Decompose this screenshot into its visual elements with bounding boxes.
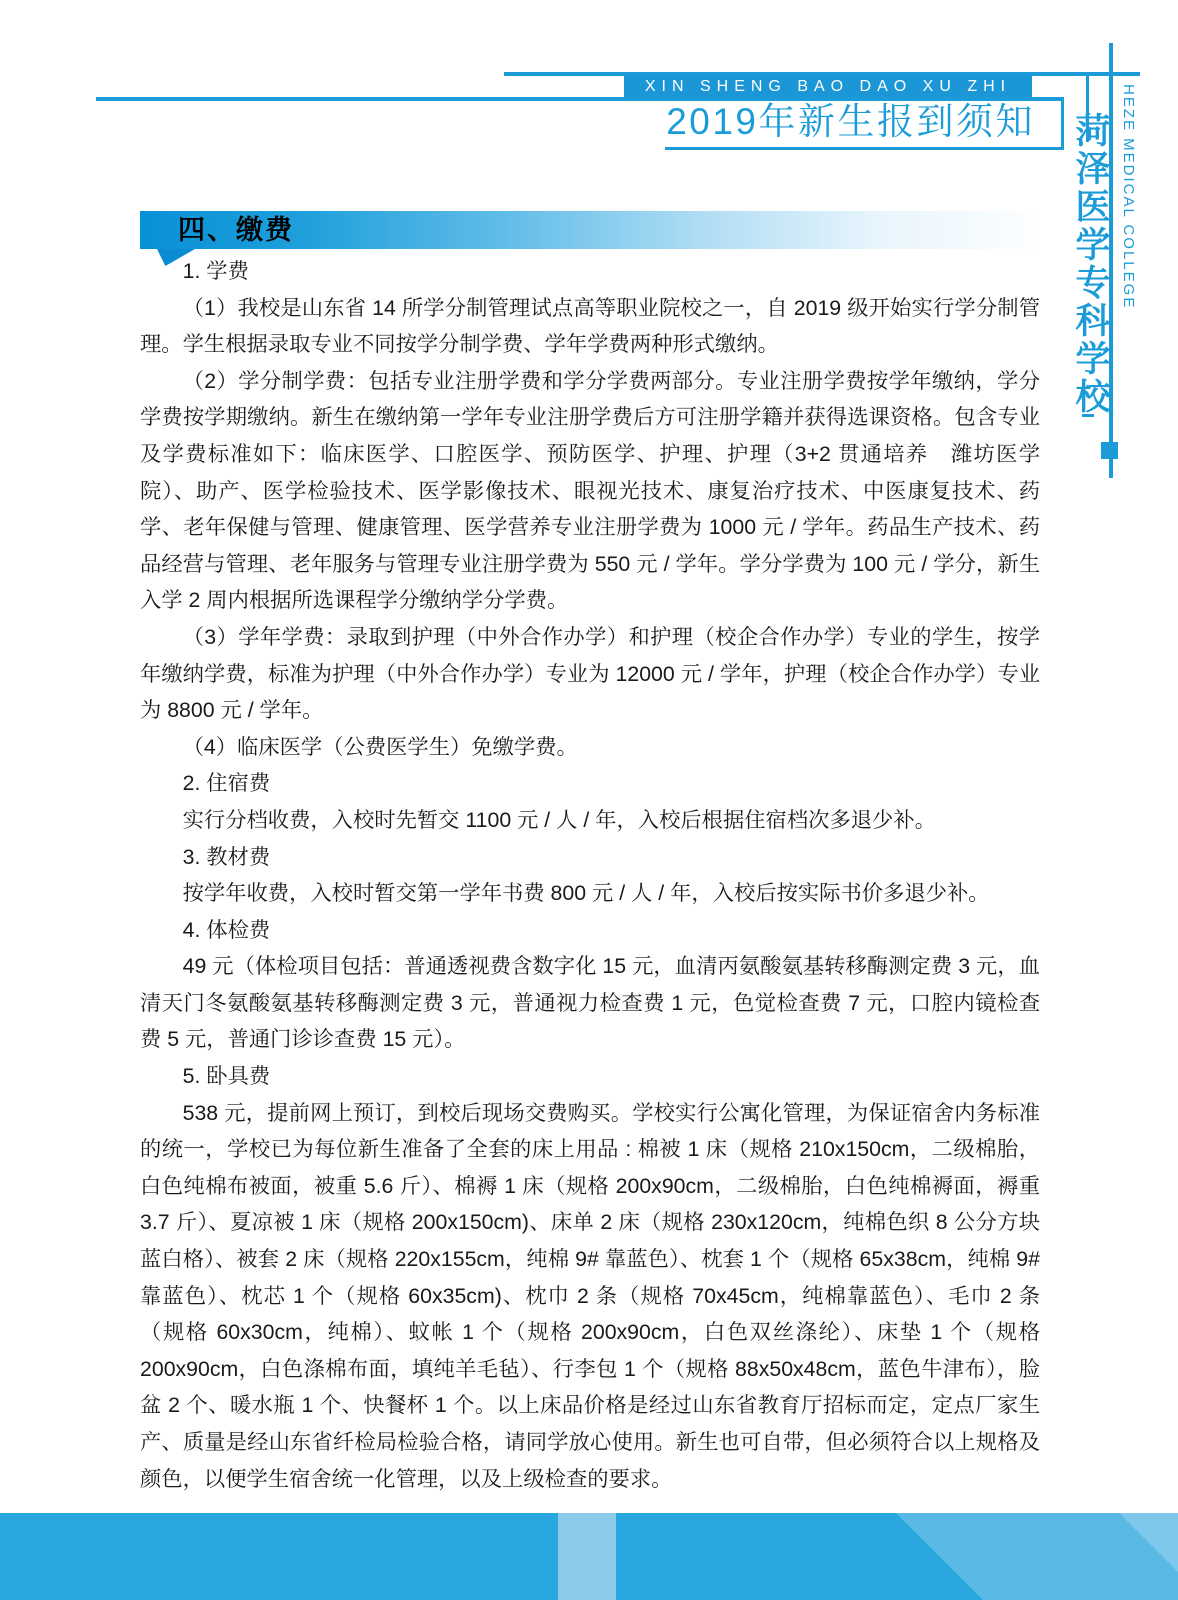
para-tuition-2: （2）学分制学费：包括专业注册学费和学分学费两部分。专业注册学费按学年缴纳，学分… [140, 363, 1040, 619]
para-textbook-heading: 3. 教材费 [140, 839, 1040, 876]
para-tuition-4: （4）临床医学（公费医学生）免缴学费。 [140, 729, 1040, 766]
school-name-cn: 菏泽医学专科学校 [1068, 112, 1112, 432]
sidebar-square [1101, 442, 1118, 459]
para-tuition-heading: 1. 学费 [140, 253, 1040, 290]
header-connector-line [1061, 97, 1064, 150]
page: XIN SHENG BAO DAO XU ZHI 2019年新生报到须知 菏泽医… [0, 0, 1178, 1600]
section-heading-bar: 四、缴费 [140, 211, 1040, 249]
school-name-en: HEZE MEDICAL COLLEGE [1120, 84, 1137, 344]
para-accommodation: 实行分档收费，入校时先暂交 1100 元 / 人 / 年，入校后根据住宿档次多退… [140, 802, 1040, 839]
footer-light-stripe [558, 1513, 616, 1600]
para-accommodation-heading: 2. 住宿费 [140, 765, 1040, 802]
title-underline [665, 147, 1064, 150]
pinyin-banner-text: XIN SHENG BAO DAO XU ZHI [645, 78, 1011, 95]
para-bedding-heading: 5. 卧具费 [140, 1058, 1040, 1095]
para-bedding: 538 元，提前网上预订，到校后现场交费购买。学校实行公寓化管理，为保证宿舍内务… [140, 1095, 1040, 1498]
pinyin-banner: XIN SHENG BAO DAO XU ZHI [624, 74, 1032, 98]
footer-band [0, 1513, 1178, 1600]
page-title: 2019年新生报到须知 [666, 101, 1035, 142]
para-physical-exam-heading: 4. 体检费 [140, 912, 1040, 949]
content-area: 1. 学费 （1）我校是山东省 14 所学分制管理试点高等职业院校之一，自 20… [140, 253, 1040, 1497]
section-heading: 四、缴费 [178, 211, 294, 249]
para-tuition-1: （1）我校是山东省 14 所学分制管理试点高等职业院校之一，自 2019 级开始… [140, 290, 1040, 363]
para-tuition-3: （3）学年学费：录取到护理（中外合作办学）和护理（校企合作办学）专业的学生，按学… [140, 619, 1040, 729]
para-physical-exam: 49 元（体检项目包括：普通透视费含数字化 15 元，血清丙氨酸氨基转移酶测定费… [140, 948, 1040, 1058]
para-textbook: 按学年收费，入校时暂交第一学年书费 800 元 / 人 / 年，入校后按实际书价… [140, 875, 1040, 912]
sidebar-dash [1082, 414, 1094, 417]
